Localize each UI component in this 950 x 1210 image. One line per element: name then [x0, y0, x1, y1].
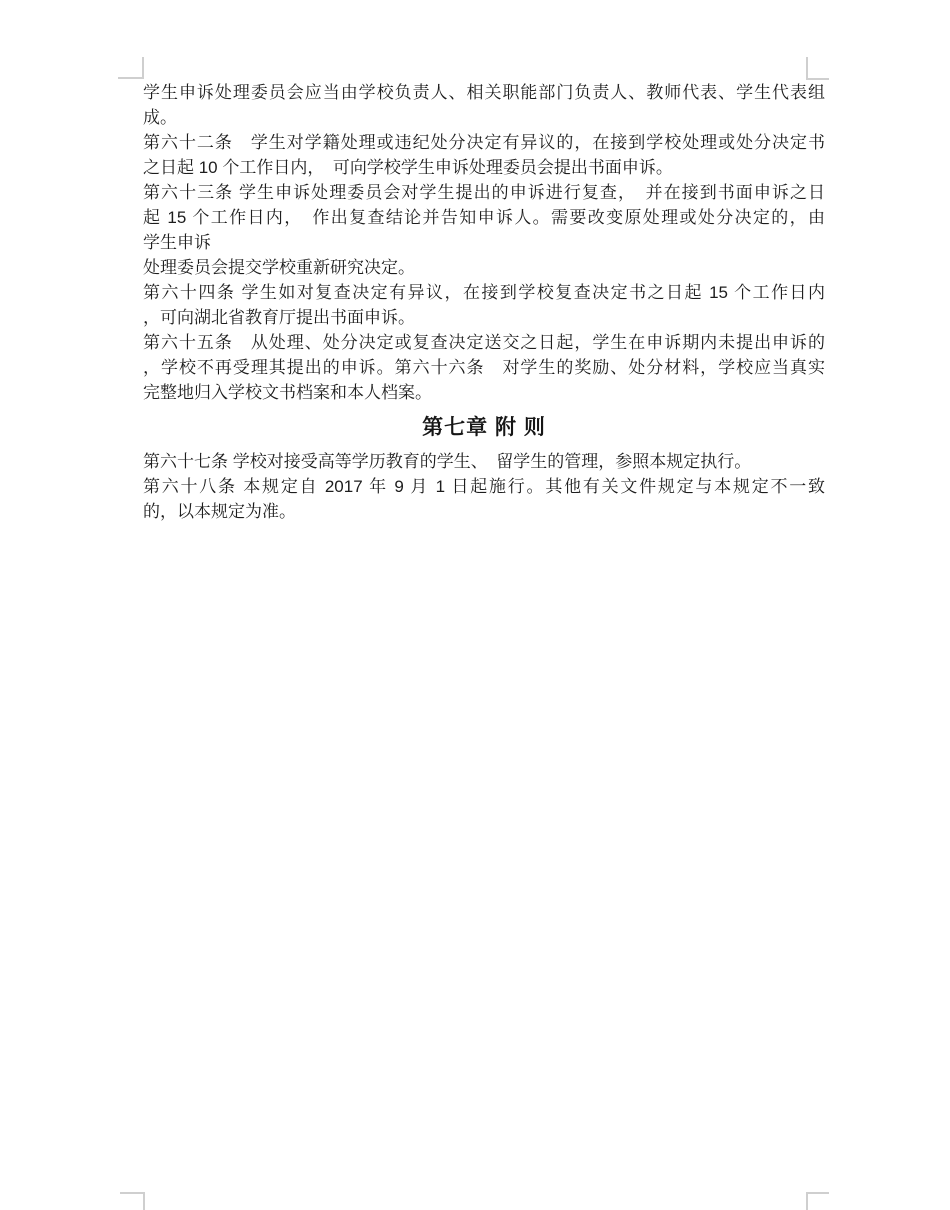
body-line: 第六十五条 从处理、处分决定或复查决定送交之日起，学生在申诉期内未提出申诉的: [143, 330, 825, 355]
document-page: 学生申诉处理委员会应当由学校负责人、相关职能部门负责人、教师代表、学生代表组 成…: [0, 0, 950, 1210]
margin-crop-mark-bottom-right: [806, 1192, 829, 1210]
body-line: 成。: [143, 105, 825, 130]
body-line: 之日起 10 个工作日内， 可向学校学生申诉处理委员会提出书面申诉。: [143, 155, 825, 180]
chapter-heading: 第七章 附 则: [143, 407, 825, 449]
body-line: 起 15 个工作日内， 作出复查结论并告知申诉人。需要改变原处理或处分决定的，由: [143, 205, 825, 230]
body-line: 第六十七条 学校对接受高等学历教育的学生、 留学生的管理，参照本规定执行。: [143, 449, 825, 474]
margin-crop-mark-top-right: [806, 57, 829, 80]
body-line: 学生申诉处理委员会应当由学校负责人、相关职能部门负责人、教师代表、学生代表组: [143, 80, 825, 105]
body-line: 第六十二条 学生对学籍处理或违纪处分决定有异议的，在接到学校处理或处分决定书: [143, 130, 825, 155]
margin-crop-mark-top-left: [118, 57, 144, 79]
body-line: 的，以本规定为准。: [143, 499, 825, 524]
body-line: 第六十四条 学生如对复查决定有异议，在接到学校复查决定书之日起 15 个工作日内: [143, 280, 825, 305]
body-line: ，可向湖北省教育厅提出书面申诉。: [143, 305, 825, 330]
body-line: 学生申诉: [143, 230, 825, 255]
body-line: ，学校不再受理其提出的申诉。第六十六条 对学生的奖励、处分材料，学校应当真实: [143, 355, 825, 380]
body-line: 第六十八条 本规定自 2017 年 9 月 1 日起施行。其他有关文件规定与本规…: [143, 474, 825, 499]
body-line: 第六十三条 学生申诉处理委员会对学生提出的申诉进行复查， 并在接到书面申诉之日: [143, 180, 825, 205]
body-line: 处理委员会提交学校重新研究决定。: [143, 255, 825, 280]
document-text-area: 学生申诉处理委员会应当由学校负责人、相关职能部门负责人、教师代表、学生代表组 成…: [143, 80, 825, 524]
margin-crop-mark-bottom-left: [120, 1192, 145, 1210]
body-line: 完整地归入学校文书档案和本人档案。: [143, 380, 825, 405]
